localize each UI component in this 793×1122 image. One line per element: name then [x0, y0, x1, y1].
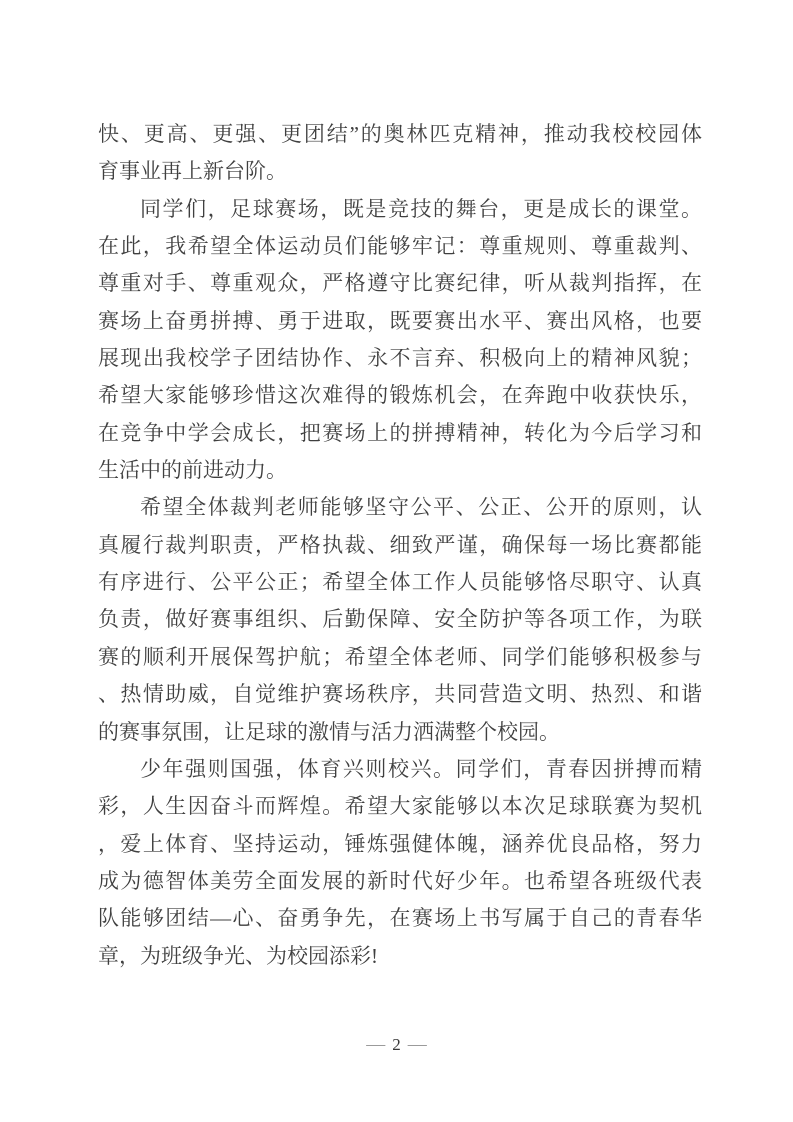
text-line: 章，为班级争光、为校园添彩! — [98, 938, 702, 975]
footer-dash-left: — — [366, 1032, 385, 1058]
text-line: 少年强则国强，体育兴则校兴。同学们，青春因拼搏而精 — [98, 751, 702, 788]
text-line: 、热情助威，自觉维护赛场秩序，共同营造文明、热烈、和谐 — [98, 676, 702, 713]
page-number: 2 — [392, 1032, 401, 1058]
text-line: 的赛事氛围，让足球的激情与活力洒满整个校园。 — [98, 714, 702, 751]
footer-dash-right: — — [408, 1032, 427, 1058]
document-body: 快、更高、更强、更团结”的奥林匹克精神，推动我校校园体育事业再上新台阶。同学们，… — [98, 116, 702, 975]
text-line: 展现出我校学子团结协作、永不言弃、积极向上的精神风貌； — [98, 340, 702, 377]
text-line: ，爱上体育、坚持运动，锤炼强健体魄，涵养优良品格，努力 — [98, 826, 702, 863]
text-line: 赛场上奋勇拼搏、勇于进取，既要赛出水平、赛出风格，也要 — [98, 303, 702, 340]
document-page: 快、更高、更强、更团结”的奥林匹克精神，推动我校校园体育事业再上新台阶。同学们，… — [0, 0, 793, 1122]
text-line: 有序进行、公平公正；希望全体工作人员能够恪尽职守、认真 — [98, 564, 702, 601]
text-line: 育事业再上新台阶。 — [98, 153, 702, 190]
text-line: 生活中的前进动力。 — [98, 452, 702, 489]
text-line: 在竞争中学会成长，把赛场上的拼搏精神，转化为今后学习和 — [98, 415, 702, 452]
text-line: 负责，做好赛事组织、后勤保障、安全防护等各项工作，为联 — [98, 601, 702, 638]
page-footer: — 2 — — [0, 1032, 793, 1058]
text-line: 希望全体裁判老师能够坚守公平、公正、公开的原则，认 — [98, 489, 702, 526]
text-line: 彩，人生因奋斗而辉煌。希望大家能够以本次足球联赛为契机 — [98, 788, 702, 825]
text-line: 真履行裁判职责，严格执裁、细致严谨，确保每一场比赛都能 — [98, 527, 702, 564]
text-line: 成为德智体美劳全面发展的新时代好少年。也希望各班级代表 — [98, 863, 702, 900]
text-line: 尊重对手、尊重观众，严格遵守比赛纪律，听从裁判指挥，在 — [98, 265, 702, 302]
text-line: 在此，我希望全体运动员们能够牢记：尊重规则、尊重裁判、 — [98, 228, 702, 265]
text-line: 赛的顺利开展保驾护航；希望全体老师、同学们能够积极参与 — [98, 639, 702, 676]
text-line: 希望大家能够珍惜这次难得的锻炼机会，在奔跑中收获快乐， — [98, 377, 702, 414]
text-line: 同学们，足球赛场，既是竞技的舞台，更是成长的课堂。 — [98, 191, 702, 228]
text-line: 队能够团结—心、奋勇争先，在赛场上书写属于自己的青春华 — [98, 900, 702, 937]
text-line: 快、更高、更强、更团结”的奥林匹克精神，推动我校校园体 — [98, 116, 702, 153]
